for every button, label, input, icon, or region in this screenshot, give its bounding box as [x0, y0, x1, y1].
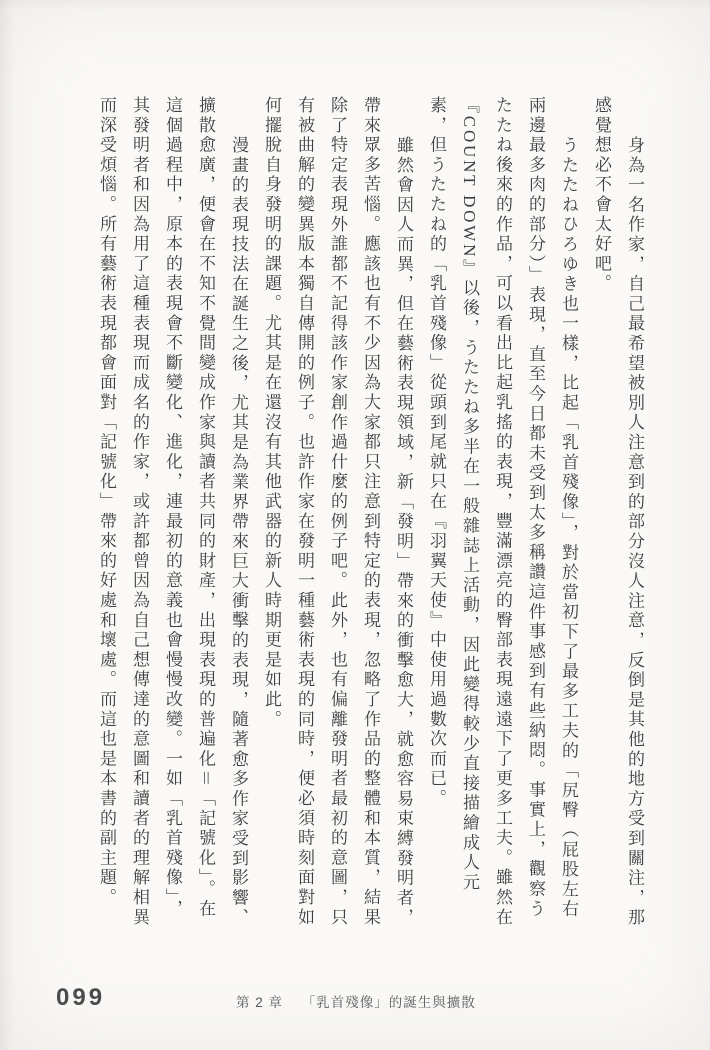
text-column: 身為一名作家，自己最希望被別人注意到的部分沒人注意，反倒是其他的地方受到關注，那: [618, 96, 651, 962]
text-column: 有被曲解的變異版本獨自傳開的例子。也許作家在發明一種藝術表現的同時，便必須時刻面…: [288, 96, 321, 962]
text-column: うたたねひろゆき也一樣，比起「乳首殘像」，對於當初下了最多工夫的「尻臀（屁股左右: [552, 96, 585, 962]
chapter-caption: 第 2 章 「乳首殘像」的誕生與擴散: [236, 991, 476, 1011]
text-column: 其發明者和因為用了這種表現而成名的作家，或許都曾因為自己想傳達的意圖和讀者的理解…: [123, 96, 156, 962]
text-column: 而深受煩惱。所有藝術表現都會面對「記號化」帶來的好處和壞處。而這也是本書的副主題…: [90, 96, 123, 962]
text-column: 感覺想必不會太好吧。: [585, 96, 618, 962]
text-column: 素，但うたたね的「乳首殘像」從頭到尾就只在『羽翼天使』中使用過數次而已。: [420, 96, 453, 962]
text-column: 帶來眾多苦惱。應該也有不少因為大家都只注意到特定的表現，忽略了作品的整體和本質，…: [354, 96, 387, 962]
text-column: 兩邊最多肉的部分）」表現，直至今日都未受到太多稱讚這件事感到有些納悶。事實上，觀…: [519, 96, 552, 962]
body-text-columns: 身為一名作家，自己最希望被別人注意到的部分沒人注意，反倒是其他的地方受到關注，那…: [90, 96, 651, 962]
page-number: 099: [56, 984, 105, 1012]
text-column: たたね後來的作品，可以看出比起乳搖的表現，豐滿漂亮的臀部表現遠遠下了更多工夫。雖…: [486, 96, 519, 962]
text-column: 漫畫的表現技法在誕生之後，尤其是為業界帶來巨大衝擊的表現，隨著愈多作家受到影響、: [222, 96, 255, 962]
text-column: 擴散愈廣，便會在不知不覺間變成作家與讀者共同的財產，出現表現的普遍化＝「記號化」…: [189, 96, 222, 962]
chapter-title: 「乳首殘像」的誕生與擴散: [302, 995, 476, 1010]
text-column: 『COUNT DOWN』以後，うたたね多半在一般雜誌上活動，因此變得較少直接描繪…: [453, 96, 486, 962]
book-page: 身為一名作家，自己最希望被別人注意到的部分沒人注意，反倒是其他的地方受到關注，那…: [0, 0, 710, 1050]
text-column: 這個過程中，原本的表現會不斷變化、進化，連最初的意義也會慢慢改變。一如「乳首殘像…: [156, 96, 189, 962]
chapter-label: 第 2 章: [236, 995, 283, 1010]
text-column: 何擺脫自身發明的課題。尤其是在還沒有其他武器的新人時期更是如此。: [255, 96, 288, 962]
text-column: 除了特定表現外誰都不記得該作家創作過什麼的例子吧。此外，也有偏離發明者最初的意圖…: [321, 96, 354, 962]
text-column: 雖然會因人而異，但在藝術表現領域，新「發明」帶來的衝擊愈大，就愈容易束縛發明者，: [387, 96, 420, 962]
